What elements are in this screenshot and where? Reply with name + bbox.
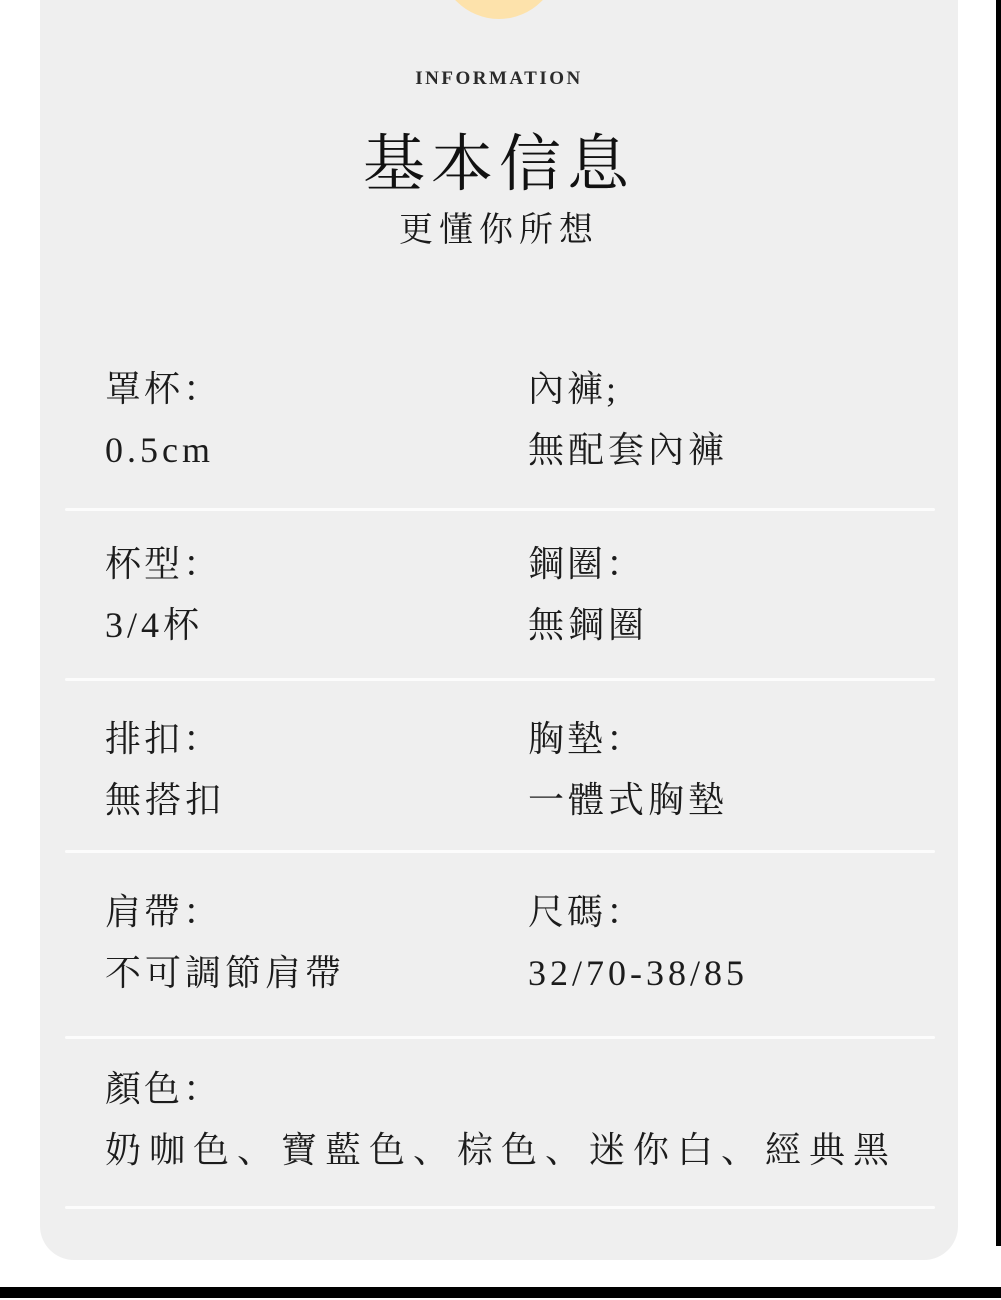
right-edge-bar	[996, 0, 1001, 1246]
spec-cell-underwire: 鋼圈： 無鋼圈	[528, 543, 648, 646]
section-subtitle: 更懂你所想	[40, 202, 958, 251]
spec-label: 罩杯：	[105, 368, 222, 410]
spec-cell-straps: 肩帶： 不可調節肩帶	[105, 891, 345, 994]
spec-row: 肩帶： 不可調節肩帶 尺碼： 32/70-38/85	[40, 891, 958, 1021]
spec-label: 鋼圈：	[528, 543, 648, 585]
spec-label: 胸墊：	[528, 718, 728, 760]
spec-cell-size: 尺碼： 32/70-38/85	[528, 891, 748, 994]
spec-row: 排扣： 無搭扣 胸墊： 一體式胸墊	[40, 718, 958, 848]
spec-row: 杯型： 3/4杯 鋼圈： 無鋼圈	[40, 543, 958, 673]
spec-label: 內褲;	[528, 368, 728, 410]
spec-label: 肩帶：	[105, 891, 345, 933]
info-card: INFORMATION 基本信息 更懂你所想 罩杯： 0.5cm 內褲; 無配套…	[40, 0, 958, 1260]
spec-label: 排扣：	[105, 718, 225, 760]
spec-value: 32/70-38/85	[528, 952, 748, 994]
spec-value: 3/4杯	[105, 604, 222, 646]
spec-value: 不可調節肩帶	[105, 952, 345, 994]
spec-row-colors: 顏色： 奶咖色、寶藍色、棕色、迷你白、經典黑	[40, 1068, 958, 1198]
row-divider	[65, 1036, 935, 1039]
row-divider	[65, 1206, 935, 1209]
spec-cell-panties: 內褲; 無配套內褲	[528, 368, 728, 471]
spec-value: 無鋼圈	[528, 604, 648, 646]
spec-cell-padding: 胸墊： 一體式胸墊	[528, 718, 728, 821]
spec-label: 尺碼：	[528, 891, 748, 933]
spec-value: 無配套內褲	[528, 429, 728, 471]
spec-cell-cup-height: 罩杯： 0.5cm	[105, 368, 222, 471]
spec-cell-clasp: 排扣： 無搭扣	[105, 718, 225, 821]
row-divider	[65, 850, 935, 853]
spec-cell-colors: 顏色： 奶咖色、寶藍色、棕色、迷你白、經典黑	[105, 1068, 897, 1171]
accent-circle-decoration	[439, 0, 559, 19]
spec-value: 0.5cm	[105, 429, 222, 471]
row-divider	[65, 508, 935, 511]
row-divider	[65, 678, 935, 681]
spec-label: 杯型：	[105, 543, 222, 585]
spec-value: 一體式胸墊	[528, 779, 728, 821]
section-title: 基本信息	[40, 114, 958, 203]
bottom-section-bar	[0, 1287, 1001, 1298]
spec-value: 無搭扣	[105, 779, 225, 821]
product-info-page: INFORMATION 基本信息 更懂你所想 罩杯： 0.5cm 內褲; 無配套…	[0, 0, 1001, 1300]
spec-cell-cup-shape: 杯型： 3/4杯	[105, 543, 222, 646]
spec-value: 奶咖色、寶藍色、棕色、迷你白、經典黑	[105, 1129, 897, 1171]
spec-row: 罩杯： 0.5cm 內褲; 無配套內褲	[40, 368, 958, 498]
spec-label: 顏色：	[105, 1068, 897, 1110]
section-eyebrow: INFORMATION	[40, 68, 958, 90]
